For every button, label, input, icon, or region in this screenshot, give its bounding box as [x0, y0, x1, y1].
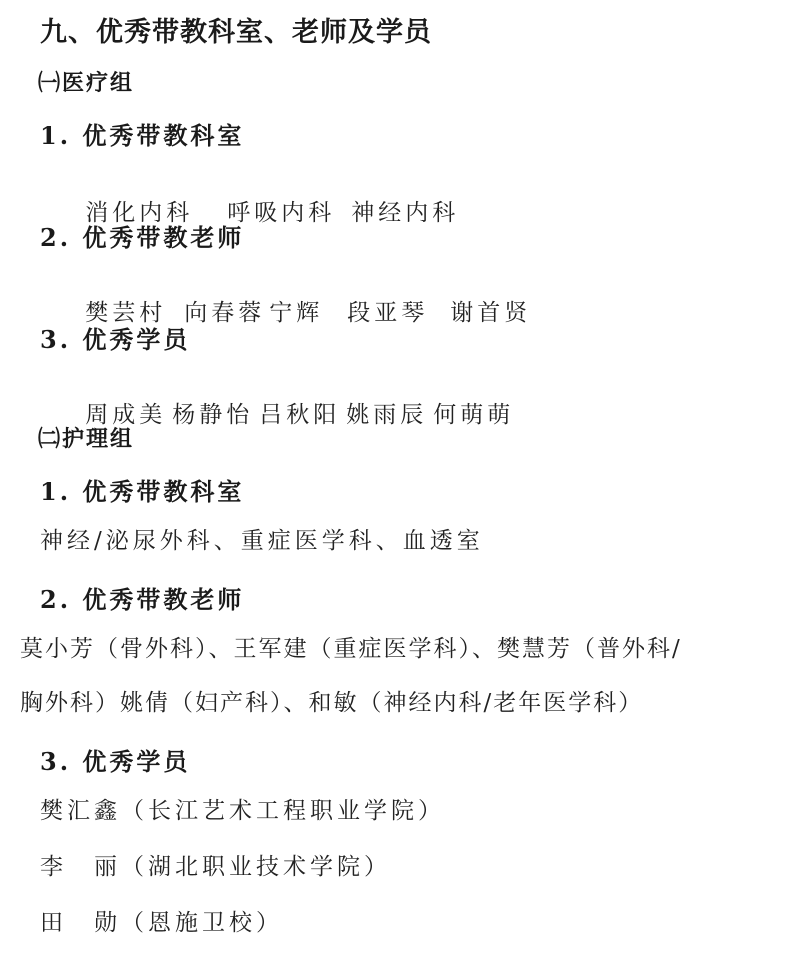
subsection-heading: 1. 优秀带教科室: [40, 472, 244, 507]
group-heading-nursing: ㈡护理组: [38, 422, 134, 453]
list-item: 宁辉: [269, 300, 323, 326]
list-item: 段亚琴: [347, 300, 428, 326]
teacher-line: 莫小芳（骨外科）、王军建（重症医学科）、樊慧芳（普外科/: [20, 630, 682, 663]
list-item: 姚雨辰: [346, 402, 427, 428]
section-title: 九、优秀带教科室、老师及学员: [40, 10, 432, 49]
subsection-heading: 1. 优秀带教科室: [40, 116, 244, 151]
student-item: 李 丽（湖北职业技术学院）: [40, 848, 391, 881]
student-item: 田 勋（恩施卫校）: [40, 904, 283, 937]
subsection-heading: 2. 优秀带教老师: [40, 580, 244, 615]
subsection-heading: 3. 优秀学员: [40, 320, 190, 355]
list-item: 神经内科: [351, 200, 459, 226]
list-item: 谢首贤: [450, 300, 531, 326]
department-text: 神经/泌尿外科、重症医学科、血透室: [40, 522, 484, 555]
group-heading-medical: ㈠医疗组: [38, 66, 134, 97]
teacher-line: 胸外科）姚倩（妇产科）、和敏（神经内科/老年医学科）: [20, 684, 643, 717]
student-item: 樊汇鑫（长江艺术工程职业学院）: [40, 792, 445, 825]
subsection-heading: 3. 优秀学员: [40, 742, 190, 777]
list-item: 何萌萌: [433, 402, 514, 428]
list-item: 向春蓉: [184, 300, 265, 326]
list-item: 吕秋阳: [259, 402, 340, 428]
list-item: 杨静怡: [172, 402, 253, 428]
subsection-heading: 2. 优秀带教老师: [40, 218, 244, 253]
